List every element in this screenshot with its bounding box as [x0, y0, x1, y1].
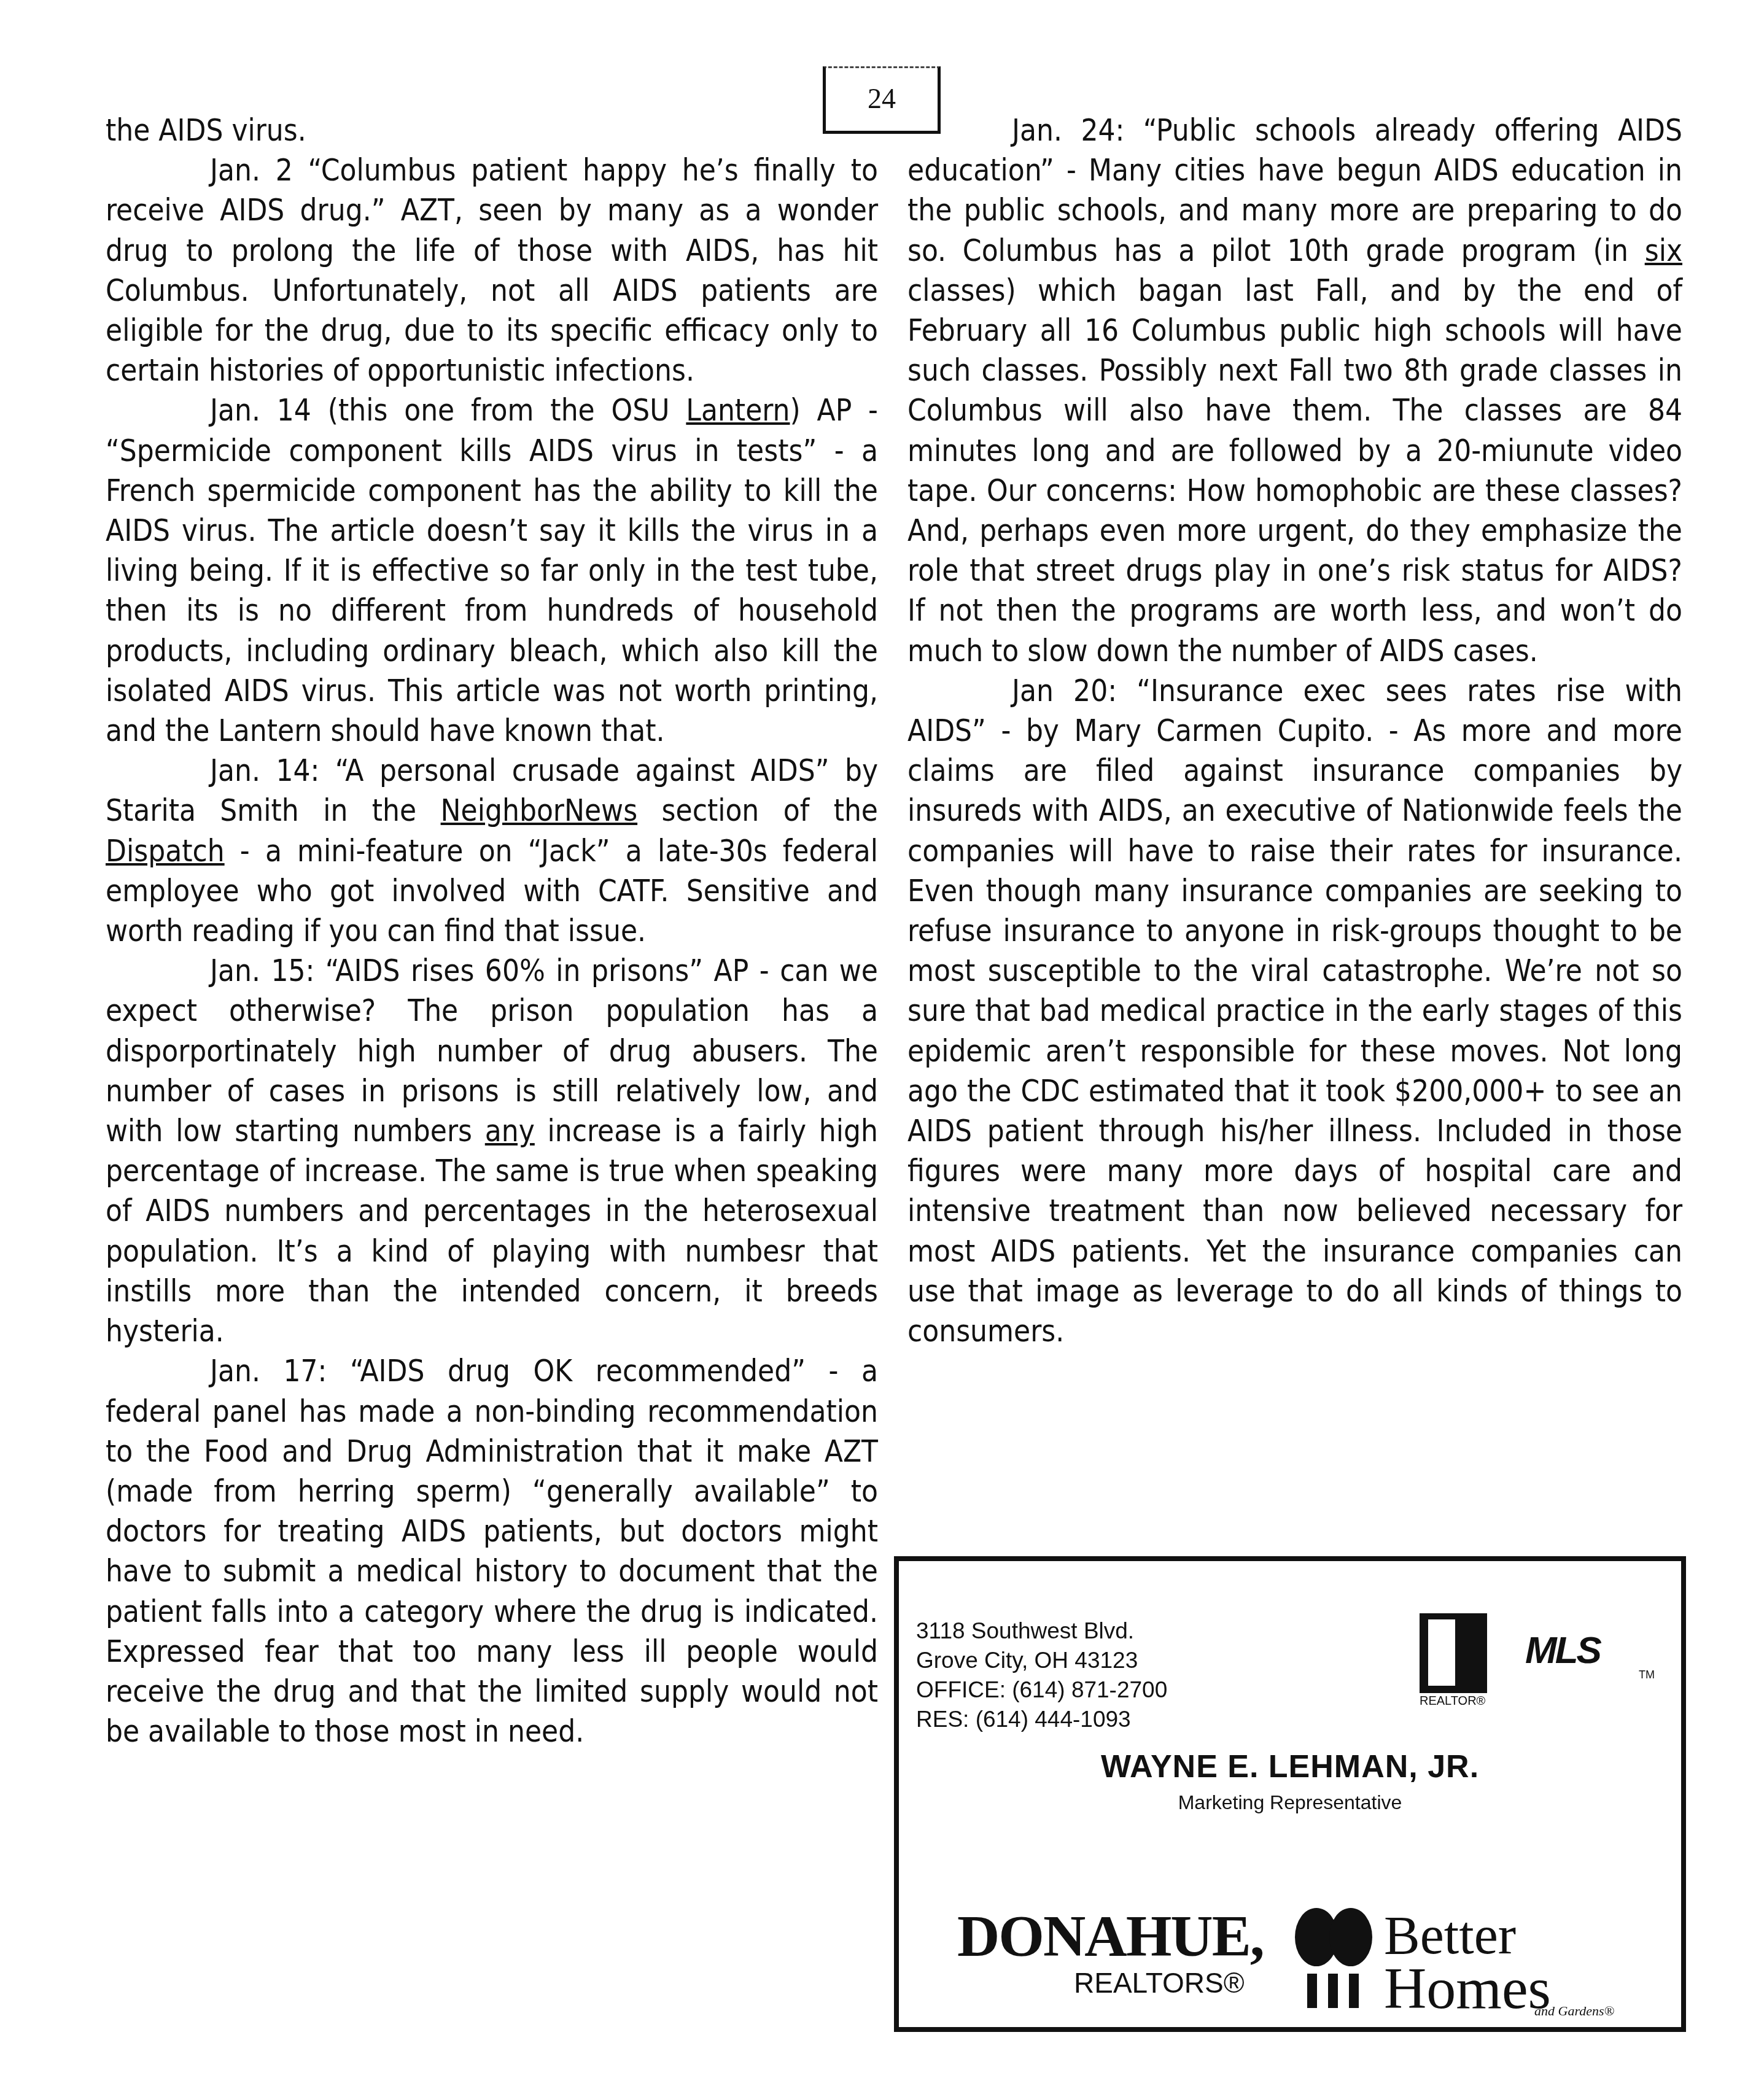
left-column: the AIDS virus. Jan. 2 “Columbus patient… — [106, 110, 878, 1751]
paragraph-jan-15: Jan. 15: “AIDS rises 60% in prisons” AP … — [106, 951, 878, 1351]
realtor-logo-icon: REALTOR® — [1420, 1613, 1487, 1708]
address-line: Grove City, OH 43123 — [916, 1646, 1167, 1675]
underlined-lantern: Lantern — [686, 393, 790, 428]
text: Jan. 14 (this one from the OSU — [210, 393, 686, 428]
paragraph-jan-14-crusade: Jan. 14: “A personal crusade against AID… — [106, 751, 878, 951]
bhg-homes-text: Homes — [1384, 1954, 1551, 2022]
agent-name: WAYNE E. LEHMAN, JR. — [899, 1748, 1681, 1785]
trademark-mark: TM — [1639, 1669, 1655, 1681]
bhg-trees-icon — [1295, 1908, 1364, 1969]
realtor-advertisement: 3118 Southwest Blvd. Grove City, OH 4312… — [894, 1556, 1686, 2032]
underlined-neighbornews: NeighborNews — [441, 793, 638, 828]
bhg-gardens-text: and Gardens® — [1534, 2003, 1614, 2019]
agent-title: Marketing Representative — [899, 1791, 1681, 1814]
right-column: Jan. 24: “Public schools already offerin… — [907, 110, 1682, 1351]
text: increase is a fairly high percentage of … — [106, 1114, 878, 1349]
text: ) AP - “Spermicide component kills AIDS … — [106, 393, 878, 748]
text: section of the — [637, 793, 878, 828]
office-phone: OFFICE: (614) 871-2700 — [916, 1675, 1167, 1705]
mls-logo: MLS — [1525, 1629, 1600, 1672]
address-line: 3118 Southwest Blvd. — [916, 1616, 1167, 1646]
text: Jan. 24: “Public schools already offerin… — [907, 113, 1682, 268]
text: classes) which bagan last Fall, and by t… — [907, 273, 1682, 669]
underlined-any: any — [485, 1114, 535, 1149]
paragraph-jan-24: Jan. 24: “Public schools already offerin… — [907, 110, 1682, 671]
paragraph: the AIDS virus. — [106, 110, 878, 150]
paragraph-jan-20: Jan 20: “Insurance exec sees rates rise … — [907, 671, 1682, 1351]
paragraph-jan-17: Jan. 17: “AIDS drug OK recommended” - a … — [106, 1351, 878, 1751]
address-block: 3118 Southwest Blvd. Grove City, OH 4312… — [916, 1616, 1167, 1734]
paragraph-jan-2: Jan. 2 “Columbus patient happy he’s fina… — [106, 150, 878, 390]
realtor-r-icon — [1420, 1613, 1487, 1693]
underlined-dispatch: Dispatch — [106, 834, 225, 869]
company-name: DONAHUE, — [957, 1902, 1264, 1970]
paragraph-jan-14-lantern: Jan. 14 (this one from the OSU Lantern) … — [106, 390, 878, 751]
realtor-label: REALTOR® — [1420, 1694, 1487, 1708]
bhg-house-icon — [1307, 1974, 1381, 2010]
residence-phone: RES: (614) 444-1093 — [916, 1705, 1167, 1734]
company-subtitle: REALTORS® — [1074, 1966, 1245, 1999]
underlined-six: six — [1645, 233, 1682, 268]
